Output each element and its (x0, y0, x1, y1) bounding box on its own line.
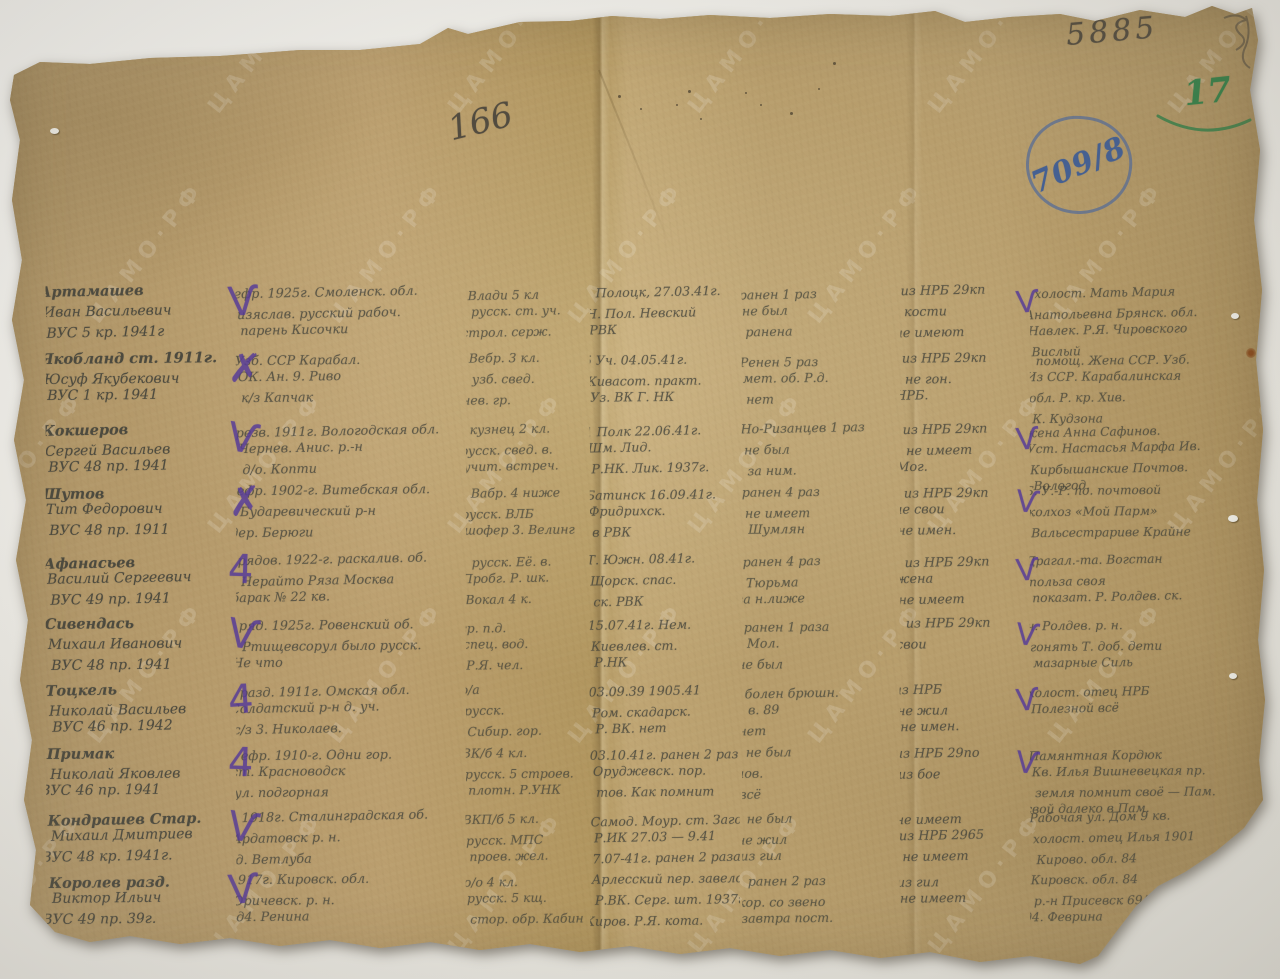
entry-name-block: Королев разд.Виктор ИльичВУС 49 пр. 39г. (46, 870, 237, 929)
entry-line: 15.07.41г. Нем. (590, 615, 738, 635)
entry-line: плотн. Р.УНК (468, 780, 588, 800)
entry-family-block: холост. отец НРБПолезной всё (1030, 679, 1265, 721)
entry-line: из НРБ 29кп (902, 419, 1026, 440)
entry-line: Примак (47, 743, 237, 764)
ink-speck (760, 104, 762, 106)
entry-education-block: о/арусск.Сибир. гор. (465, 680, 588, 739)
entry-line: Кирово. обл. 84 (1036, 846, 1264, 868)
entry-origin-block: ряд. 1925г. Ровенский об.Ртищевсорул был… (236, 615, 467, 674)
entry-line: из НРБ 2965 (899, 825, 1025, 846)
watermark-text: ЦАМО·РФ (203, 0, 329, 118)
entry-line: 17.07-41г. ранен 2 раза (589, 846, 734, 867)
entry-line: ВУС 1 кр. 1941 (47, 385, 236, 406)
entry-education-block: русск. Её. в.Пробг. Р. шк.Вокал 4 к. (465, 550, 588, 609)
entry-line: Кокшеров (45, 418, 231, 441)
entry-line: русск. ст. уч. (471, 300, 589, 321)
entry-line: из НРБ (899, 680, 1019, 701)
entry-line: ВУС 48 пр. 1941 (51, 655, 236, 674)
entry-line: в РВК (592, 521, 740, 541)
entry-line: обл. Р. кр. Хив. (1030, 387, 1264, 408)
paper-sheet-wrap: ЦАМО·РФЦАМО·РФЦАМО·РФЦАМО·РФЦАМО·РФЦАМО·… (0, 0, 1280, 979)
entry-education-block: Влади 5 клрусск. ст. уч.строл. серж. (465, 282, 588, 341)
entry-wounds-block: ранен 4 разТюрьмаза н.лиже (741, 550, 896, 610)
entry-education-block: ВК/б 4 кл.русск. 5 строев.плотн. Р.УНК (466, 743, 589, 801)
entry-line: нов. (742, 762, 890, 783)
entry-line: Тоцкель (45, 679, 235, 701)
entry-line: кузнец 2 кл. (469, 419, 588, 439)
entry-line: нет (746, 388, 896, 408)
entry-wounds-block: болен брюшн.в. 89нет (741, 680, 896, 740)
entry-line: холост. Мать Мария (1034, 281, 1264, 304)
entry-callup-block: 5 Уч. 04.05.41г.Кивасот. практ.Уз. ВК Г.… (590, 349, 741, 408)
entry-callup-block: Арлесский пер. завелоР.ВК. Серг. шт. 193… (590, 870, 741, 929)
entry-line: Сивендась (46, 615, 235, 634)
paper-hole (1229, 673, 1237, 679)
entry-line: д4. Ренина (236, 906, 466, 927)
entry-unit-block: из НРБ 29кпне своине имен. (900, 482, 1027, 540)
entry-name-block: СивендасьМихаил ИвановичВУС 48 пр. 1941 (46, 615, 237, 674)
entry-line: Киров. Р.Я. кота. (590, 910, 736, 929)
entry-line: Полезной всё (1031, 696, 1264, 719)
entry-line: ОК. Ан. 9. Риво (238, 366, 466, 387)
entry-line: ряд. 1925г. Ровенский об. (239, 615, 467, 636)
entry-line: стор. обр. Кабин (470, 908, 588, 928)
entry-unit-block: из НРБ 29кпкостине имеют (899, 282, 1026, 341)
entry-line: за н.лиже (741, 587, 890, 609)
entry-line: Вокал 4 к. (465, 588, 587, 609)
entry-line: 1918г. Сталинградская об. (241, 807, 466, 829)
watermark-text: ЦАМО·РФ (0, 0, 90, 118)
entry-line: тов. Как помнит (596, 781, 740, 802)
entry-line: Арлесский пер. завело (592, 870, 741, 889)
entry-education-block: кузнец 2 кл.русск. свед. в.учит. встреч. (465, 419, 588, 478)
entry-line: ул. подгорная (236, 782, 465, 803)
entry-line (901, 781, 1026, 801)
entry-line: Мог. (899, 456, 1022, 477)
entry-line: РВК (589, 318, 739, 340)
ink-speck (618, 95, 621, 98)
entry-line: Артамашев (45, 281, 229, 302)
entry-line: холост. отец Илья 1901 (1033, 826, 1265, 849)
entry-line (900, 655, 1026, 674)
entry-line: дер. Берюги (236, 521, 461, 541)
entry-line: не был (742, 299, 896, 321)
entry-line: Михаил Иванович (48, 634, 236, 655)
entry-line: Р. ВК. нет (595, 717, 740, 739)
entry-name-block: Кондрашев Стар.Михаил ДмитриевВУС 48 кр.… (45, 807, 236, 868)
ink-speck (688, 90, 691, 93)
paper-hole (1226, 846, 1234, 854)
entry-line: из НРБ 29кп (906, 615, 1027, 634)
archive-number-pencil: 5885 (1065, 10, 1160, 53)
ink-speck (700, 118, 702, 120)
entry-line: ВУС 5 кр. 1941г (46, 321, 236, 342)
entry-line: Фридрихск. (590, 500, 739, 521)
entry-line: 1917г. Кировск. обл. (236, 870, 460, 891)
entry-callup-block: Т. Южн. 08.41г.Щорск. спас.ск. РВК (589, 550, 740, 610)
entry-line: д/о. Копти (242, 456, 466, 479)
entry-line: шофер 3. Велинг (466, 520, 587, 540)
entry-line: не имен. (900, 716, 1026, 737)
entry-name-block: ШутовТит ФедоровичВУС 48 пр. 1911 (46, 482, 237, 541)
entry-line: Василий Сергеевич (47, 567, 237, 590)
entry-line: Кировск. обл. 84 (1031, 870, 1265, 891)
entry-wounds-block: ранен 4 разне имеетШумлян (742, 482, 897, 541)
entry-unit-block: из НРБ 29кпне имеетМог. (899, 419, 1026, 478)
entry-line: Навлек. Р.Я. Чировского (1029, 318, 1262, 341)
entry-family-block: помощ. Жена ССР. Узб.Из ССР. Карабалинск… (1030, 349, 1265, 427)
entry-line: ранен 4 раз (742, 482, 896, 502)
entry-line: ВУС 48 пр. 1911 (49, 520, 236, 541)
entry-line: всё (742, 783, 894, 802)
entry-line: мет. об. Р.д. (743, 367, 896, 388)
entry-line: ВУС 48 кр. 1941г. (45, 845, 231, 868)
entry-unit-block: из НРБне жилне имен. (899, 680, 1026, 739)
entry-callup-block: 1 Полк 22.06.41г.Шм. Лид.Р.НК. Лик. 1937… (589, 419, 740, 479)
entry-education-block: ВКП/б 5 кл.русск. МПСпроев. жел. (465, 808, 588, 867)
entry-line: ефр. 1902-г. Витебская обл. (237, 482, 467, 502)
entry-line: не свои (900, 500, 1020, 520)
entry-origin-block: рядов. 1922-г. раскалив. об.Нерайто Ряза… (235, 549, 466, 610)
entry-line: нев. гр. (466, 389, 585, 408)
entry-line: Вабр. 4 ниже (471, 482, 589, 502)
entry-line: Ардатовск р. н. (235, 826, 462, 849)
entry-family-block: Рабочая ул. Дом 9 кв.холост. отец Илья 1… (1029, 807, 1264, 868)
entry-origin-block: 1918г. Сталинградская об.Ардатовск р. н.… (235, 807, 466, 868)
entry-line: Драгал.-та. Вогстан (1029, 549, 1259, 572)
entry-line: не имеет (900, 889, 1026, 909)
pencil-scribble-mark (1216, 10, 1260, 76)
entry-line: ВУС 49 пр. 1941 (50, 588, 236, 610)
entry-family-block: Б. У.-Р. по. почтовойколхоз «Мой Парм»Ва… (1030, 482, 1265, 541)
paper-hole (50, 128, 59, 134)
entry-line: Полоцк, 27.03.41г. (595, 282, 740, 303)
entry-line: о/а (465, 680, 582, 700)
watermark-text: ЦАМО·РФ (923, 0, 1049, 118)
entry-wounds-block: Ренен 5 размет. об. Р.д.нет (742, 349, 897, 408)
entry-line: кости (904, 301, 1027, 322)
entry-line: ранен 2 раз (748, 870, 897, 891)
entry-line: Щорск. спас. (590, 569, 740, 591)
diagonal-crease (598, 70, 675, 256)
entry-line: показат. Р. Ролдев. ск. (1032, 585, 1264, 608)
entry-line: проев. жел. (469, 845, 588, 866)
blue-circle-stamp: 709/8 (1020, 110, 1137, 220)
entry-unit-block: из НРБ 29кпне гон.НРБ. (900, 349, 1027, 407)
entry-callup-block: 03.10.41г. ранен 2 разОруджевск. пор.тов… (590, 743, 741, 802)
entry-line: завтра пост. (742, 907, 896, 928)
entry-line: ВКП/б 5 кл. (465, 808, 584, 829)
entry-line: не был (744, 437, 897, 459)
entry-line: не был (746, 743, 897, 762)
entry-origin-block: резв. 1911г. Вологодская обл.Чернев. Ани… (235, 418, 466, 479)
entry-line: жена (899, 568, 1021, 589)
entry-education-block: ср. п.д.спец. вод.Р.Я. чел. (466, 615, 589, 673)
entry-origin-block: Узб. ССР Карабал.ОК. Ан. 9. Ривок/з Капч… (236, 349, 467, 408)
entry-line: русск. 5 кщ. (467, 888, 588, 908)
entry-line: Михаил Дмитриев (51, 824, 237, 847)
entry-wounds-block: не былне жилиз гил (741, 808, 896, 868)
entry-line: свои (900, 634, 1022, 654)
entry-unit-block: не имеетиз НРБ 2965не имеет (899, 808, 1026, 867)
entry-family-block: Кировск. обл. 84р.-н Присевск 69/14д4. Ф… (1030, 870, 1265, 929)
entry-line: Уст. Настасья Марфа Ив. (1029, 436, 1261, 459)
page-number-green: 17 (1182, 70, 1233, 115)
entry-name-block: ТоцкельНиколай ВасильевВУС 46 пр. 1942 (45, 679, 236, 740)
entry-unit-block: из НРБ 29кпсвои (900, 615, 1027, 673)
entry-origin-block: 1917г. Кировск. обл.Оричевск. р. н.д4. Р… (236, 870, 467, 929)
entry-callup-block: Полоцк, 27.03.41г.Н. Пол. НевскийРВК (589, 282, 740, 342)
entry-line: ВУС 48 пр. 1941 (48, 455, 236, 478)
entry-line: за ним. (747, 458, 896, 478)
entry-name-block: АртамашевИван ВасильевичВУС 5 кр. 1941г (45, 281, 236, 342)
entry-line: колхоз «Мой Парм» (1030, 501, 1262, 522)
entry-family-block: ч. Ролдев. р. н.гонять Т. доб. детимазар… (1030, 615, 1265, 674)
entry-line: из НРБ 29кп (902, 349, 1027, 369)
entry-line: рядов. 1922-г. раскалив. об. (237, 549, 466, 572)
entry-line: Рабочая ул. Дом 9 кв. (1029, 807, 1263, 829)
entry-line: НРБ. (900, 386, 1022, 406)
entry-line: 5 Уч. 04.05.41г. (590, 349, 734, 370)
ink-speck (818, 88, 820, 90)
entry-line: Кв. Илья Вишневецкая пр. (1032, 761, 1265, 782)
entry-unit-block: из НРБ 29кпженане имеет (899, 550, 1026, 609)
entry-line: Т. Южн. 08.41г. (589, 550, 736, 570)
entry-line: не был (742, 653, 892, 674)
entry-line: Уз. ВК Г. НК (590, 386, 740, 407)
entry-line: парень Кисочки (240, 318, 466, 341)
entry-line: Не что (236, 652, 463, 673)
entry-callup-block: Самод. Моур. ст. Заготовит.Р.ИК 27.03 — … (589, 808, 740, 868)
entry-line: нет (741, 718, 892, 739)
entry-unit-block: из НРБ 29поиз бое (900, 743, 1027, 801)
entry-line: спец. вод. (466, 634, 585, 654)
entry-line: русск. (465, 699, 586, 720)
entry-line: Шумлян (748, 519, 896, 540)
entry-line: Б. У.-Р. по. почтовой (1030, 482, 1259, 502)
entry-line: Вальсестрариве Крайне (1031, 521, 1264, 541)
entry-wounds-block: Но-Ризанцев 1 разне былза ним. (741, 419, 896, 479)
ink-speck (640, 108, 642, 110)
entry-origin-block: ефр. 1925г. Смоленск. обл.изяслав. русск… (235, 281, 466, 342)
entry-line: Тит Федорович (46, 499, 236, 520)
entry-line: не был (746, 808, 896, 829)
entry-name-block: ПримакНиколай ЯковлевВУС 46 пр. 1941 (46, 743, 237, 802)
ink-speck (745, 92, 747, 94)
entry-line: барак № 22 кв. (235, 585, 461, 608)
stamp-number: 709/8 (1026, 129, 1131, 200)
entry-line: не имен. (900, 520, 1024, 540)
entry-family-block: Драгал.-та. Вогстанпольза свояпоказат. Р… (1029, 549, 1264, 610)
entry-line: Р.НК (594, 652, 740, 673)
watermark-text: ЦАМО·РФ (683, 0, 809, 118)
entry-line: Солдатский р-н д. уч. (235, 696, 460, 719)
entry-line: Иван Васильевич (45, 300, 233, 323)
entry-line: не имеет (899, 589, 1024, 610)
entry-line: ВК/б 4 кл. (466, 743, 584, 763)
entry-line: Вебр. 3 кл. (469, 349, 589, 368)
entry-line: не имеет (902, 846, 1026, 867)
entry-line: Виктор Ильич (52, 888, 236, 909)
entry-line: Оруджевск. пор. (593, 761, 740, 782)
entry-education-block: Вабр. 4 нижерусск. ВЛБшофер 3. Велинг (466, 482, 589, 540)
green-underline-stroke (1152, 108, 1256, 138)
entry-name-block: КокшеровСергей ВасильевВУС 48 пр. 1941 (45, 418, 236, 479)
entry-line: Чернев. Анис. р.-н (239, 436, 467, 459)
entry-line: Пробг. Р. шк. (465, 567, 584, 588)
entry-callup-block: 15.07.41г. Нем.Киевлев. ст.Р.НК (590, 615, 741, 674)
entry-line: ВУС 46 пр. 1941 (46, 780, 231, 801)
entry-line: из гил (741, 844, 894, 866)
entry-line: д4. Феврина (1030, 906, 1259, 927)
entry-line: узб. свед. (472, 368, 588, 388)
entry-line: Но-Ризанцев 1 раз (741, 419, 894, 439)
entry-origin-block: ефр. 1902-г. Витебская обл.Бударевически… (236, 482, 467, 541)
entry-unit-block: из гилне имеет (900, 870, 1027, 928)
entry-line: д. Ветлуба (235, 846, 465, 868)
entry-origin-block: разд. 1911г. Омская обл.Солдатский р-н д… (235, 679, 466, 740)
entry-line: в. 89 (748, 698, 897, 720)
entry-line: мазарные Силь (1033, 652, 1264, 673)
entry-line: не имеют (899, 321, 1020, 341)
entry-line: из НРБ 29по (900, 743, 1021, 763)
entry-education-block: Вебр. 3 кл.узб. свед.нев. гр. (466, 349, 589, 407)
entry-line: Якобланд ст. 1911г. (46, 349, 231, 369)
entry-line: из НРБ 29кп (900, 282, 1026, 302)
ink-speck (790, 112, 793, 115)
entry-line: ВУС 46 пр. 1942 (52, 715, 236, 738)
entry-line: ч. Ролдев. р. н. (1030, 615, 1261, 636)
entry-wounds-block: ранен 2 разкор. со звенозавтра пост. (742, 870, 897, 929)
entry-line: Мол. (747, 633, 896, 654)
entry-line: Р.Я. чел. (466, 654, 588, 673)
entry-callup-block: Батинск 16.09.41г.Фридрихск.в РВК (590, 482, 741, 541)
entry-callup-block: 03.09.39 1905.41Ром. скадарск.Р. ВК. нет (589, 680, 740, 740)
ink-speck (676, 104, 678, 106)
entry-line: к/з Капчак (241, 387, 466, 408)
entry-name-block: Якобланд ст. 1911г.Юсуф ЯкубековичВУС 1 … (46, 349, 237, 408)
sheet-number-pencil: 166 (444, 95, 517, 150)
entry-wounds-block: не былнов.всё (742, 743, 897, 802)
entry-line: 03.09.39 1905.41 (589, 680, 738, 702)
entry-line: строл. серж. (465, 321, 583, 341)
entry-origin-block: ефр. 1910-г. Одни гор.ст. Красноводскул.… (236, 743, 467, 802)
entry-name-block: АфанасьевВасилий СергеевичВУС 49 пр. 194… (45, 549, 236, 610)
entry-line (903, 909, 1026, 929)
entry-line: Р.ИК 27.03 — 9.41 (594, 826, 741, 848)
scanned-document-page: ЦАМО·РФЦАМО·РФЦАМО·РФЦАМО·РФЦАМО·РФЦАМО·… (0, 0, 1280, 979)
entry-line: с/з 3. Николаев. (235, 717, 463, 740)
entry-line: Шм. Лид. (589, 436, 738, 458)
entry-line: Бударевический р-н (240, 501, 466, 522)
entry-line: ск. РВК (593, 589, 740, 609)
entry-line: Из ССР. Карабалинская (1030, 366, 1260, 387)
entry-line: учит. встреч. (465, 455, 585, 476)
entry-line: Сибир. гор. (467, 719, 588, 739)
ink-speck (833, 62, 836, 65)
entry-line: ефр. 1925г. Смоленск. обл. (235, 281, 463, 304)
entry-line: Р.НК. Лик. 1937г. (591, 457, 740, 479)
entry-line: ВУС 49 пр. 39г. (46, 909, 233, 929)
entry-wounds-block: ранен 1 разаМол.не был (742, 615, 897, 674)
entry-line: ранен 4 раз (742, 550, 896, 572)
entry-line: ранена (745, 319, 896, 341)
entry-education-block: о/о 4 кл.русск. 5 кщ.стор. обр. Кабин (466, 870, 589, 928)
entry-line: ст. Красноводск (236, 761, 461, 782)
entry-line: Р.ВК. Серг. шт. 1937г. (595, 889, 740, 910)
paper-sheet: ЦАМО·РФЦАМО·РФЦАМО·РФЦАМО·РФЦАМО·РФЦАМО·… (0, 0, 1280, 979)
entry-wounds-block: ранен 1 разне былранена (741, 282, 896, 342)
